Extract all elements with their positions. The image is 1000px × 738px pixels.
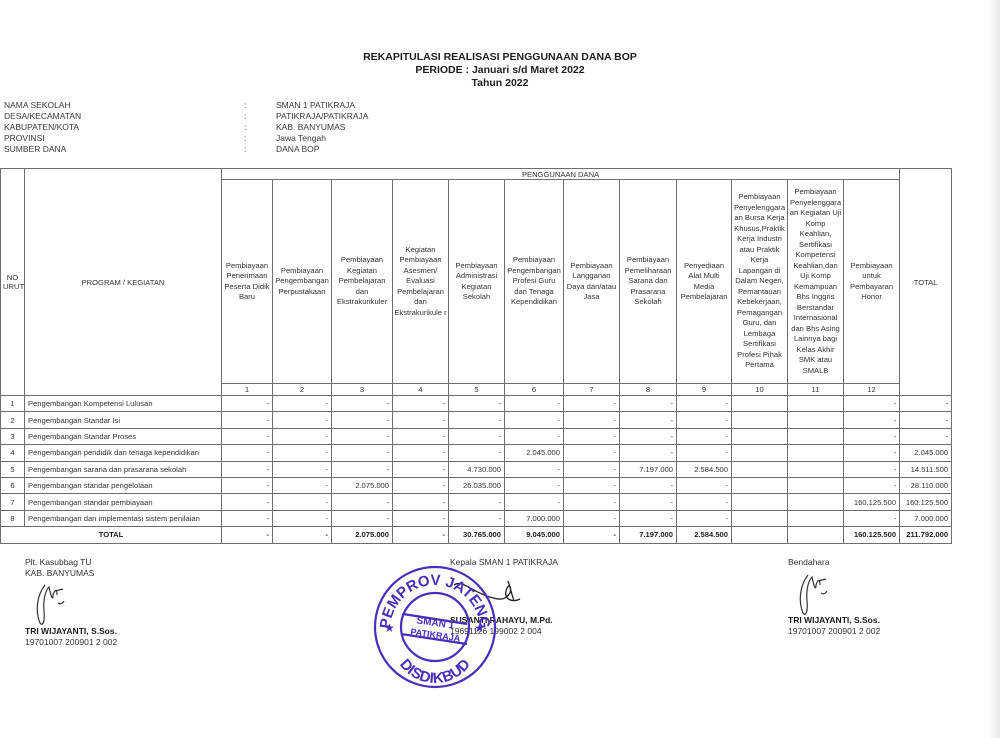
amount-cell: - [273,494,332,510]
column-number: 1 [222,384,273,396]
column-total [732,527,788,543]
amount-cell: - [677,477,732,493]
info-colon: : [244,122,246,133]
row-total: 7.000.000 [900,510,952,526]
row-number: 7 [1,494,25,510]
column-number: 2 [273,384,332,396]
signer-nip: 19701007 200901 2 002 [25,637,117,648]
signature-block-bendahara: Bendahara TRI WIJAYANTI, S.Sos. 19701007… [788,557,880,637]
column-header: Penyediaan Alat Multi Media Pembelajaran [677,180,732,384]
amount-cell: - [273,461,332,477]
amount-cell: - [564,396,620,412]
amount-cell: - [620,428,677,444]
amount-cell: - [620,412,677,428]
info-colon: : [244,144,246,155]
program-name: Pengembangan Standar Proses [25,428,222,444]
column-header: Pembiayaan Langganan Daya dan/atau Jasa [564,180,620,384]
row-total: 28.110.000 [900,477,952,493]
signature-block-kasubbag: Plt. Kasubbag TU KAB. BANYUMAS TRI WIJAY… [25,557,117,648]
amount-cell [732,494,788,510]
amount-cell: - [332,412,393,428]
amount-cell [732,412,788,428]
amount-cell [732,428,788,444]
amount-cell: - [393,396,449,412]
row-number: 5 [1,461,25,477]
table-row: 8Pengembangan dan implementasi sistem pe… [1,510,952,526]
program-name: Pengembangan Kompetensi Lulusan [25,396,222,412]
column-header: Pembiayaan Administrasi Kegiatan Sekolah [449,180,505,384]
table-row: 3Pengembangan Standar Proses----------- [1,428,952,444]
amount-cell: - [332,396,393,412]
amount-cell: - [620,445,677,461]
grand-total: 211.792.000 [900,527,952,543]
amount-cell: - [564,412,620,428]
row-total: - [900,396,952,412]
program-header: PROGRAM / KEGIATAN [25,169,222,396]
info-value: DANA BOP [276,144,476,155]
row-total: 2.045.000 [900,445,952,461]
amount-cell: - [332,510,393,526]
program-name: Pengembangan standar pengelolaan [25,477,222,493]
amount-cell: - [222,494,273,510]
amount-cell: - [505,412,564,428]
amount-cell: - [505,461,564,477]
column-number: 8 [620,384,677,396]
table-row: 2Pengembangan Standar Isi----------- [1,412,952,428]
amount-cell: - [677,445,732,461]
stamp-center-line2: PATIKRAJA [410,627,462,644]
amount-cell: - [449,396,505,412]
signer-role: Plt. Kasubbag TU [25,557,117,568]
amount-cell: - [273,412,332,428]
document-title: REKAPITULASI REALISASI PENGGUNAAN DANA B… [300,51,700,63]
row-number: 3 [1,428,25,444]
info-label: SUMBER DANA [4,144,204,155]
amount-cell: - [273,445,332,461]
column-header: Kegiatan Pembiayaan Asesmen/ Evaluasi Pe… [393,180,449,384]
info-label: KABUPATEN/KOTA [4,122,204,133]
penggunaan-dana-header: PENGGUNAAN DANA [222,169,900,180]
amount-cell: 160.125.500 [844,494,900,510]
column-number: 4 [393,384,449,396]
amount-cell: 26.035.000 [449,477,505,493]
program-name: Pengembangan pendidik dan tenaga kependi… [25,445,222,461]
info-label: PROVINSI [4,133,204,144]
column-header: Pembiayaan Pengembangan Perpustakaan [273,180,332,384]
amount-cell: - [677,510,732,526]
amount-cell: - [393,445,449,461]
total-header: TOTAL [900,169,952,396]
amount-cell: - [393,477,449,493]
info-colon: : [244,111,246,122]
official-stamp-icon: PEMPROV JATENG DISDIKBUD SMAN 1 PATIKRAJ… [370,562,500,692]
amount-cell: - [677,494,732,510]
amount-cell [788,494,844,510]
amount-cell: - [393,461,449,477]
amount-cell: - [393,510,449,526]
amount-cell: - [844,461,900,477]
column-number: 7 [564,384,620,396]
amount-cell: - [222,510,273,526]
amount-cell: - [620,477,677,493]
amount-cell: - [449,445,505,461]
amount-cell: - [222,428,273,444]
signer-role: Bendahara [788,557,880,568]
amount-cell: - [620,494,677,510]
amount-cell [788,477,844,493]
row-total: - [900,412,952,428]
amount-cell [788,428,844,444]
info-label: NAMA SEKOLAH [4,100,204,111]
amount-cell [788,412,844,428]
info-value: KAB. BANYUMAS [276,122,476,133]
amount-cell: - [677,412,732,428]
signer-name: TRI WIJAYANTI, S.Sos. [25,626,117,637]
amount-cell: - [620,510,677,526]
row-number: 4 [1,445,25,461]
amount-cell: - [393,412,449,428]
column-total: - [273,527,332,543]
amount-cell: - [332,461,393,477]
amount-cell: - [222,445,273,461]
row-total: 160.125.500 [900,494,952,510]
amount-cell: - [844,445,900,461]
column-number: 3 [332,384,393,396]
column-number: 5 [449,384,505,396]
table-row: 1Pengembangan Kompetensi Lulusan--------… [1,396,952,412]
column-header: Pembiayaan Penyelenggara an Kegiatan Uji… [788,180,844,384]
amount-cell: - [844,428,900,444]
row-number: 6 [1,477,25,493]
column-header: Pembiayaan untuk Pembayaran Honor [844,180,900,384]
amount-cell: - [393,494,449,510]
handwritten-signature-icon [794,571,834,617]
amount-cell: - [449,510,505,526]
table-row: 5Pengembangan sarana dan prasarana sekol… [1,461,952,477]
amount-cell: 4.730.000 [449,461,505,477]
column-total: 2.075.000 [332,527,393,543]
amount-cell: - [332,494,393,510]
amount-cell: - [564,461,620,477]
rekap-table: NO URUT PROGRAM / KEGIATAN PENGGUNAAN DA… [0,168,952,544]
amount-cell: - [564,494,620,510]
amount-cell: - [222,396,273,412]
row-total: - [900,428,952,444]
info-value: Jawa Tengah [276,133,476,144]
column-total: 7.197.000 [620,527,677,543]
row-number: 2 [1,412,25,428]
amount-cell: - [449,428,505,444]
amount-cell [732,510,788,526]
amount-cell: - [564,428,620,444]
amount-cell [788,445,844,461]
no-urut-header: NO URUT [1,169,25,396]
info-colon: : [244,100,246,111]
amount-cell: - [273,510,332,526]
amount-cell: 7.000.000 [505,510,564,526]
amount-cell: - [505,428,564,444]
amount-cell: - [332,428,393,444]
program-name: Pengembangan dan implementasi sistem pen… [25,510,222,526]
column-header: Pembiayaan Penyelenggara an Bursa Kerja … [732,180,788,384]
column-total: 160.125.500 [844,527,900,543]
amount-cell: - [332,445,393,461]
program-name: Pengembangan Standar Isi [25,412,222,428]
amount-cell: - [844,396,900,412]
amount-cell [732,477,788,493]
amount-cell: - [393,428,449,444]
total-label: TOTAL [1,527,222,543]
info-colon: : [244,133,246,144]
amount-cell [732,445,788,461]
program-name: Pengembangan standar pembiayaan [25,494,222,510]
row-number: 1 [1,396,25,412]
column-header: Pembiayaan Pengembangan Profesi Guru dan… [505,180,564,384]
handwritten-signature-icon [31,581,71,627]
signer-nip: 19701007 200901 2 002 [788,626,880,637]
amount-cell: - [449,412,505,428]
amount-cell: 2.584.500 [677,461,732,477]
total-row: TOTAL--2.075.000-30.765.0009.045.000-7.1… [1,527,952,543]
amount-cell: - [677,396,732,412]
amount-cell: - [273,396,332,412]
table-row: 4Pengembangan pendidik dan tenaga kepend… [1,445,952,461]
info-value: SMAN 1 PATIKRAJA [276,100,476,111]
amount-cell: 2.045.000 [505,445,564,461]
column-number: 11 [788,384,844,396]
amount-cell: - [844,477,900,493]
amount-cell: - [273,428,332,444]
program-name: Pengembangan sarana dan prasarana sekola… [25,461,222,477]
amount-cell: - [505,396,564,412]
amount-cell: - [273,477,332,493]
table-row: 7Pengembangan standar pembiayaan--------… [1,494,952,510]
amount-cell: - [677,428,732,444]
amount-cell: - [222,477,273,493]
column-header: Pembiayaan Pemeliharaan Sarana dan Prasa… [620,180,677,384]
column-number: 6 [505,384,564,396]
column-header: Pembiayaan Kegiatan Pembelajaran dan Eks… [332,180,393,384]
amount-cell: 7.197.000 [620,461,677,477]
column-number: 10 [732,384,788,396]
table-row: 6Pengembangan standar pengelolaan--2.075… [1,477,952,493]
column-number: 9 [677,384,732,396]
amount-cell: - [844,412,900,428]
scan-edge-shadow [988,0,1000,738]
document-year: Tahun 2022 [300,77,700,89]
stamp-star-icon: ★ [474,621,485,635]
amount-cell: - [222,461,273,477]
column-total: 2.584.500 [677,527,732,543]
amount-cell: - [844,510,900,526]
row-number: 8 [1,510,25,526]
document-period: PERIODE : Januari s/d Maret 2022 [300,64,700,76]
amount-cell [788,461,844,477]
column-header: Pembiayaan Penerimaan Peserta Didik Baru [222,180,273,384]
amount-cell [788,396,844,412]
amount-cell [732,461,788,477]
info-label: DESA/KECAMATAN [4,111,204,122]
amount-cell: - [620,396,677,412]
amount-cell: - [505,494,564,510]
row-total: 14.511.500 [900,461,952,477]
stamp-star-icon: ★ [384,621,395,635]
amount-cell: - [564,477,620,493]
info-value: PATIKRAJA/PATIKRAJA [276,111,476,122]
amount-cell [788,510,844,526]
amount-cell: 2.075.000 [332,477,393,493]
amount-cell [732,396,788,412]
column-total: 30.765.000 [449,527,505,543]
signer-org: KAB. BANYUMAS [25,568,117,579]
column-total: - [564,527,620,543]
amount-cell: - [505,477,564,493]
amount-cell: - [564,510,620,526]
amount-cell: - [449,494,505,510]
amount-cell: - [222,412,273,428]
column-number: 12 [844,384,900,396]
column-total [788,527,844,543]
column-total: 9.045.000 [505,527,564,543]
column-total: - [222,527,273,543]
amount-cell: - [564,445,620,461]
column-total: - [393,527,449,543]
